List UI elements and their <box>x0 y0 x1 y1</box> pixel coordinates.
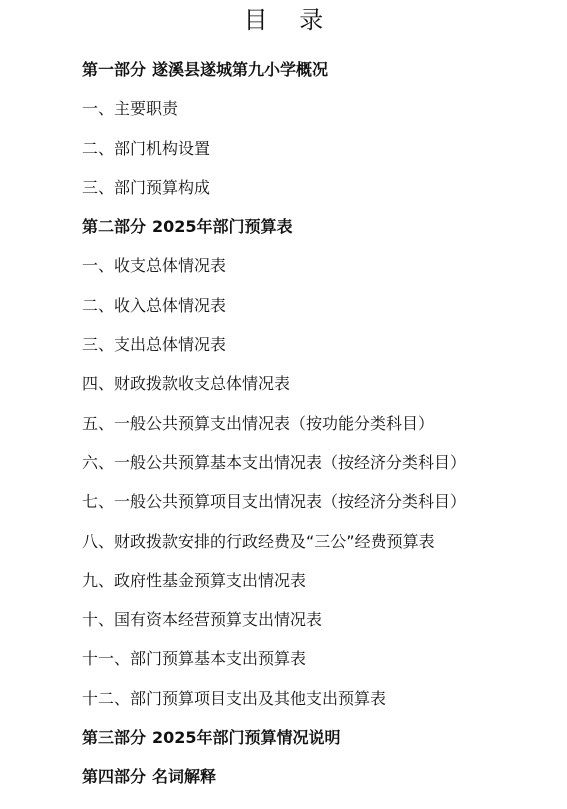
toc-part-label: 第三部分 <box>82 726 146 750</box>
toc-item-text: 财政拨款收支总体情况表 <box>114 372 290 396</box>
toc-item-text: 部门预算项目支出及其他支出预算表 <box>130 687 386 711</box>
toc-part-text: 2025年部门预算情况说明 <box>152 726 341 750</box>
toc-item: 四、 财政拨款收支总体情况表 <box>82 372 552 411</box>
toc-item-text: 部门预算构成 <box>114 176 210 200</box>
toc-item: 一、 主要职责 <box>82 97 552 136</box>
toc-part-text: 遂溪县遂城第九小学概况 <box>152 58 328 82</box>
toc-item-number: 八、 <box>82 530 114 554</box>
toc-item: 六、 一般公共预算基本支出情况表（按经济分类科目） <box>82 451 552 490</box>
toc-part-text: 名词解释 <box>152 765 216 789</box>
toc-part-text: 2025年部门预算表 <box>152 215 293 239</box>
toc-part-label: 第一部分 <box>82 58 146 82</box>
table-of-contents: 第一部分 遂溪县遂城第九小学概况 一、 主要职责 二、 部门机构设置 三、 部门… <box>82 58 552 805</box>
toc-part-2: 第二部分 2025年部门预算表 <box>82 215 552 254</box>
toc-item-number: 六、 <box>82 451 114 475</box>
toc-item: 十一、 部门预算基本支出预算表 <box>82 647 552 686</box>
toc-item: 十二、 部门预算项目支出及其他支出预算表 <box>82 687 552 726</box>
toc-item: 八、 财政拨款安排的行政经费及“三公”经费预算表 <box>82 530 552 569</box>
toc-item-number: 十一、 <box>82 647 130 671</box>
toc-item: 五、 一般公共预算支出情况表（按功能分类科目） <box>82 412 552 451</box>
toc-item: 二、 收入总体情况表 <box>82 294 552 333</box>
toc-part-label: 第四部分 <box>82 765 146 789</box>
toc-item-text: 收支总体情况表 <box>114 254 226 278</box>
toc-item: 三、 支出总体情况表 <box>82 333 552 372</box>
toc-item-text: 一般公共预算项目支出情况表（按经济分类科目） <box>114 490 466 514</box>
toc-item: 七、 一般公共预算项目支出情况表（按经济分类科目） <box>82 490 552 529</box>
toc-item: 十、 国有资本经营预算支出情况表 <box>82 608 552 647</box>
toc-part-4: 第四部分 名词解释 <box>82 765 552 804</box>
toc-item-text: 部门预算基本支出预算表 <box>130 647 306 671</box>
toc-item: 一、 收支总体情况表 <box>82 254 552 293</box>
toc-item-text: 主要职责 <box>114 97 178 121</box>
toc-item: 九、 政府性基金预算支出情况表 <box>82 569 552 608</box>
toc-item-text: 一般公共预算支出情况表（按功能分类科目） <box>114 412 434 436</box>
toc-item-number: 二、 <box>82 294 114 318</box>
toc-part-1: 第一部分 遂溪县遂城第九小学概况 <box>82 58 552 97</box>
toc-item-text: 部门机构设置 <box>114 137 210 161</box>
toc-item-number: 三、 <box>82 333 114 357</box>
toc-item-text: 国有资本经营预算支出情况表 <box>114 608 322 632</box>
toc-part-label: 第二部分 <box>82 215 146 239</box>
toc-part-3: 第三部分 2025年部门预算情况说明 <box>82 726 552 765</box>
toc-item: 三、 部门预算构成 <box>82 176 552 215</box>
toc-item-number: 十、 <box>82 608 114 632</box>
toc-item-number: 四、 <box>82 372 114 396</box>
toc-item-number: 三、 <box>82 176 114 200</box>
toc-item-number: 七、 <box>82 490 114 514</box>
toc-item-number: 一、 <box>82 254 114 278</box>
toc-item-number: 十二、 <box>82 687 130 711</box>
toc-item-number: 一、 <box>82 97 114 121</box>
toc-item-text: 政府性基金预算支出情况表 <box>114 569 306 593</box>
toc-item-text: 财政拨款安排的行政经费及“三公”经费预算表 <box>114 530 435 554</box>
toc-item-number: 九、 <box>82 569 114 593</box>
toc-item-text: 支出总体情况表 <box>114 333 226 357</box>
toc-item-text: 收入总体情况表 <box>114 294 226 318</box>
page-title: 目 录 <box>0 4 567 36</box>
toc-item-text: 一般公共预算基本支出情况表（按经济分类科目） <box>114 451 466 475</box>
toc-item-number: 五、 <box>82 412 114 436</box>
toc-item-number: 二、 <box>82 137 114 161</box>
toc-item: 二、 部门机构设置 <box>82 137 552 176</box>
